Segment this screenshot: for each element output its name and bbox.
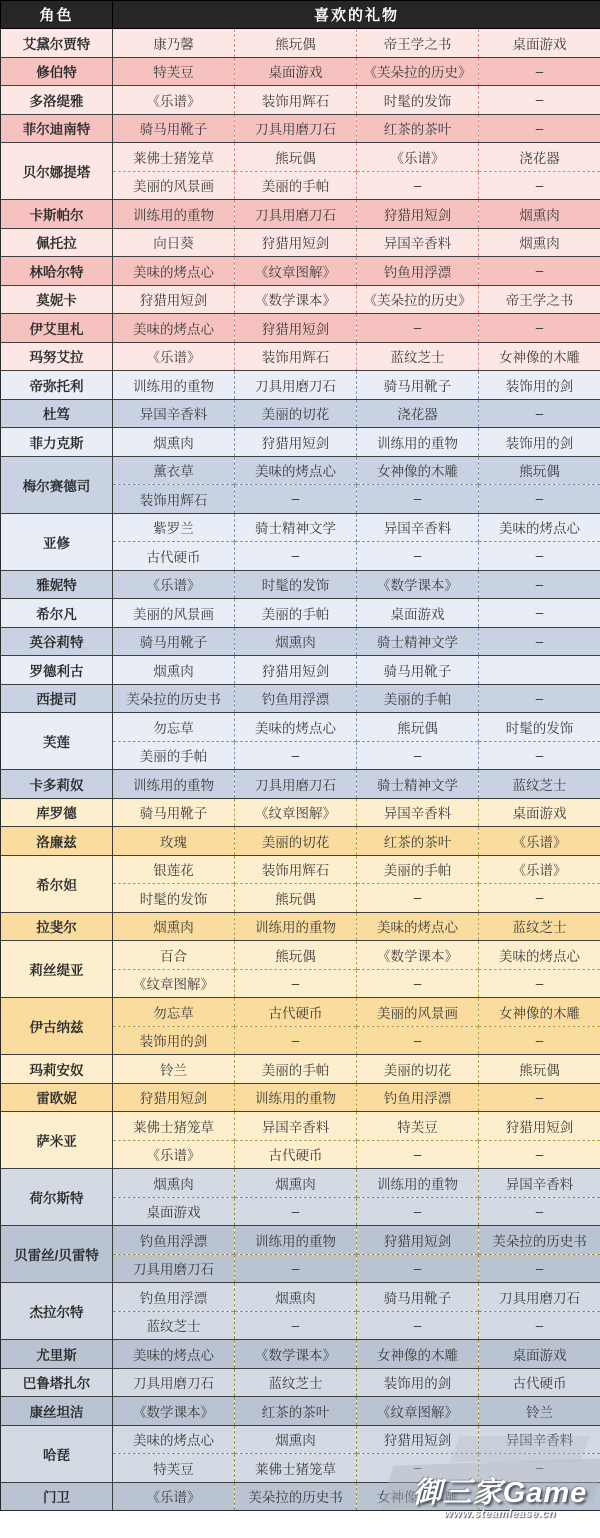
character-name-cell: 卡斯帕尔 bbox=[1, 200, 113, 229]
gift-cell: 特芙豆 bbox=[357, 1112, 479, 1141]
gift-cell: 时髦的发饰 bbox=[479, 713, 600, 742]
gift-cell: 熊玩偶 bbox=[235, 143, 357, 172]
gift-cell: 蓝纹芝士 bbox=[113, 1311, 235, 1340]
gift-cell: 烟熏肉 bbox=[479, 200, 600, 229]
gift-cell: 狩猎用短剑 bbox=[357, 200, 479, 229]
gift-cell: 异国辛香料 bbox=[113, 399, 235, 428]
gift-cell: 装饰用辉石 bbox=[113, 485, 235, 514]
gift-cell: – bbox=[235, 1311, 357, 1340]
character-row: 希尔凡美丽的风景画美丽的手帕桌面游戏– bbox=[1, 599, 600, 628]
gift-cell: 勿忘草 bbox=[113, 998, 235, 1027]
gift-cell: – bbox=[479, 399, 600, 428]
gift-cell: 特芙豆 bbox=[113, 1454, 235, 1483]
gift-cell: 狩猎用短剑 bbox=[235, 314, 357, 343]
character-name-cell: 莫妮卡 bbox=[1, 285, 113, 314]
gift-cell: 《纹章图解》 bbox=[235, 257, 357, 286]
gift-cell: 美丽的风景画 bbox=[113, 599, 235, 628]
gift-cell: 美丽的手帕 bbox=[357, 855, 479, 884]
character-name-cell: 萨米亚 bbox=[1, 1112, 113, 1169]
gift-cell: 烟熏肉 bbox=[235, 1169, 357, 1198]
character-name-cell: 亚修 bbox=[1, 513, 113, 570]
gift-cell: 骑马用靴子 bbox=[357, 371, 479, 400]
gift-cell: 蓝纹芝士 bbox=[235, 1368, 357, 1397]
gift-cell: 美味的烤点心 bbox=[113, 314, 235, 343]
character-name-cell: 伊古纳兹 bbox=[1, 998, 113, 1055]
character-name-cell: 拉斐尔 bbox=[1, 912, 113, 941]
gift-cell: – bbox=[479, 1254, 600, 1283]
gift-cell: 训练用的重物 bbox=[113, 200, 235, 229]
gift-cell: 桌面游戏 bbox=[479, 1340, 600, 1369]
gift-cell: – bbox=[479, 741, 600, 770]
gift-cell: – bbox=[357, 485, 479, 514]
gift-cell: 装饰用的剑 bbox=[357, 1368, 479, 1397]
gift-cell: 美丽的手帕 bbox=[235, 171, 357, 200]
gift-guide-page: 角色 喜欢的礼物 艾黛尔贾特康乃馨熊玩偶帝王学之书桌面游戏修伯特特芙豆桌面游戏《… bbox=[0, 0, 600, 1538]
character-row: 尤里斯美味的烤点心《数学课本》女神像的木雕桌面游戏 bbox=[1, 1340, 600, 1369]
gift-cell: 美丽的手帕 bbox=[235, 1055, 357, 1084]
character-row: 玛努艾拉《乐谱》装饰用辉石蓝纹芝士女神像的木雕 bbox=[1, 342, 600, 371]
gift-cell: 特芙豆 bbox=[113, 57, 235, 86]
gift-cell: 芙朵拉的历史书 bbox=[113, 684, 235, 713]
gift-cell: – bbox=[235, 969, 357, 998]
gift-cell: 美丽的手帕 bbox=[235, 599, 357, 628]
gift-cell: 桌面游戏 bbox=[235, 57, 357, 86]
character-row: 菲尔迪南特骑马用靴子刀具用磨刀石红茶的茶叶– bbox=[1, 114, 600, 143]
gift-cell: 莱佛士猪笼草 bbox=[113, 143, 235, 172]
gift-cell: 《数学课本》 bbox=[235, 1340, 357, 1369]
gift-cell: – bbox=[357, 1454, 479, 1483]
gift-cell: 美丽的切花 bbox=[357, 1055, 479, 1084]
character-row: 杰拉尔特钓鱼用浮漂烟熏肉骑马用靴子刀具用磨刀石 bbox=[1, 1283, 600, 1312]
character-row: 荷尔斯特烟熏肉烟熏肉训练用的重物异国辛香料 bbox=[1, 1169, 600, 1198]
gift-cell: 熊玩偶 bbox=[479, 456, 600, 485]
gift-cell: 桌面游戏 bbox=[479, 29, 600, 58]
gift-cell: 《乐谱》 bbox=[113, 1140, 235, 1169]
gift-cell: – bbox=[479, 570, 600, 599]
gift-cell: 银莲花 bbox=[113, 855, 235, 884]
gift-cell: – bbox=[235, 1197, 357, 1226]
gift-cell: – bbox=[479, 599, 600, 628]
gift-cell: – bbox=[479, 684, 600, 713]
gift-cell: 时髦的发饰 bbox=[113, 884, 235, 913]
character-name-cell: 卡多莉奴 bbox=[1, 770, 113, 799]
gift-cell: 装饰用的剑 bbox=[479, 428, 600, 457]
gift-cell: 玫瑰 bbox=[113, 827, 235, 856]
table-header-row: 角色 喜欢的礼物 bbox=[1, 1, 600, 29]
character-name-cell: 伊艾里札 bbox=[1, 314, 113, 343]
gift-cell: – bbox=[357, 741, 479, 770]
gift-cell: 帝王学之书 bbox=[479, 285, 600, 314]
gift-cell: – bbox=[235, 741, 357, 770]
character-row: 佩托拉向日葵狩猎用短剑异国辛香料烟熏肉 bbox=[1, 228, 600, 257]
gift-cell: 美丽的风景画 bbox=[357, 998, 479, 1027]
gift-cell: 古代硬币 bbox=[235, 998, 357, 1027]
gift-cell: 烟熏肉 bbox=[235, 1425, 357, 1454]
gift-cell: 向日葵 bbox=[113, 228, 235, 257]
gift-cell: 百合 bbox=[113, 941, 235, 970]
gift-cell: 芙朵拉的历史书 bbox=[235, 1482, 357, 1511]
character-row: 洛廉兹玫瑰美丽的切花红茶的茶叶《乐谱》 bbox=[1, 827, 600, 856]
gift-cell: 莱佛士猪笼草 bbox=[235, 1454, 357, 1483]
gift-cell: – bbox=[235, 1254, 357, 1283]
gift-cell: 红茶的茶叶 bbox=[235, 1397, 357, 1426]
gift-cell: 美味的烤点心 bbox=[357, 912, 479, 941]
character-name-cell: 梅尔赛德司 bbox=[1, 456, 113, 513]
gift-cell: 钓鱼用浮漂 bbox=[113, 1226, 235, 1255]
gift-cell: 红茶的茶叶 bbox=[357, 114, 479, 143]
gift-cell: – bbox=[357, 1254, 479, 1283]
gift-cell: 狩猎用短剑 bbox=[235, 428, 357, 457]
gift-cell: 美丽的手帕 bbox=[113, 741, 235, 770]
character-name-cell: 雷欧妮 bbox=[1, 1083, 113, 1112]
gift-cell: 装饰用的剑 bbox=[113, 1026, 235, 1055]
gift-cell: 《乐谱》 bbox=[113, 342, 235, 371]
gift-cell: – bbox=[357, 1026, 479, 1055]
gift-cell: 美味的烤点心 bbox=[235, 456, 357, 485]
character-name-cell: 佩托拉 bbox=[1, 228, 113, 257]
character-name-cell: 帝弥托利 bbox=[1, 371, 113, 400]
gift-cell: 《纹章图解》 bbox=[235, 798, 357, 827]
character-row: 艾黛尔贾特康乃馨熊玩偶帝王学之书桌面游戏 bbox=[1, 29, 600, 58]
gift-cell: 狩猎用短剑 bbox=[235, 228, 357, 257]
gift-cell: 骑士精神文学 bbox=[357, 627, 479, 656]
gift-cell: – bbox=[479, 1197, 600, 1226]
gift-cell: 钓鱼用浮漂 bbox=[113, 1283, 235, 1312]
gift-cell: 《数学课本》 bbox=[113, 1397, 235, 1426]
gift-cell: – bbox=[479, 1140, 600, 1169]
gift-cell: – bbox=[479, 314, 600, 343]
character-name-cell: 菲尔迪南特 bbox=[1, 114, 113, 143]
gift-cell: – bbox=[357, 1311, 479, 1340]
gift-cell: – bbox=[479, 542, 600, 571]
gift-cell: 美丽的风景画 bbox=[113, 171, 235, 200]
gift-cell: 美丽的切花 bbox=[235, 399, 357, 428]
gift-cell: 时髦的发饰 bbox=[357, 86, 479, 115]
character-row: 贝尔娜提塔莱佛士猪笼草熊玩偶《乐谱》浇花器 bbox=[1, 143, 600, 172]
character-row: 萨米亚莱佛士猪笼草异国辛香料特芙豆狩猎用短剑 bbox=[1, 1112, 600, 1141]
gift-cell: – bbox=[479, 884, 600, 913]
gift-cell: 钓鱼用浮漂 bbox=[235, 684, 357, 713]
character-name-cell: 玛莉安奴 bbox=[1, 1055, 113, 1084]
gift-cell bbox=[479, 656, 600, 685]
gift-cell: 刀具用磨刀石 bbox=[235, 770, 357, 799]
character-name-cell: 贝尔娜提塔 bbox=[1, 143, 113, 200]
gift-cell: 骑士精神文学 bbox=[235, 513, 357, 542]
character-row: 芙莲勿忘草美味的烤点心熊玩偶时髦的发饰 bbox=[1, 713, 600, 742]
gift-cell: 美丽的切花 bbox=[235, 827, 357, 856]
gift-cell: – bbox=[479, 1311, 600, 1340]
character-name-cell: 英谷莉特 bbox=[1, 627, 113, 656]
gift-cell: 女神像的木雕 bbox=[357, 1482, 479, 1511]
character-name-cell: 杰拉尔特 bbox=[1, 1283, 113, 1340]
character-name-cell: 尤里斯 bbox=[1, 1340, 113, 1369]
gift-cell: 异国辛香料 bbox=[357, 798, 479, 827]
gift-cell: 古代硬币 bbox=[235, 1140, 357, 1169]
gift-cell: 异国辛香料 bbox=[357, 228, 479, 257]
gift-cell: 装饰用辉石 bbox=[235, 342, 357, 371]
gift-cell: 古代硬币 bbox=[479, 1368, 600, 1397]
gift-cell: 浇花器 bbox=[357, 399, 479, 428]
character-row: 林哈尔特美味的烤点心《纹章图解》钓鱼用浮漂– bbox=[1, 257, 600, 286]
gift-cell: – bbox=[357, 969, 479, 998]
gift-cell: 铃兰 bbox=[113, 1055, 235, 1084]
gift-cell: 刀具用磨刀石 bbox=[113, 1254, 235, 1283]
gift-cell: 美味的烤点心 bbox=[113, 1340, 235, 1369]
header-gifts-column: 喜欢的礼物 bbox=[113, 1, 600, 29]
character-row: 雅妮特《乐谱》时髦的发饰《数学课本》– bbox=[1, 570, 600, 599]
gift-cell: 女神像的木雕 bbox=[479, 342, 600, 371]
character-row: 库罗德骑马用靴子《纹章图解》异国辛香料桌面游戏 bbox=[1, 798, 600, 827]
gift-cell: 训练用的重物 bbox=[113, 371, 235, 400]
gift-cell: 蓝纹芝士 bbox=[479, 770, 600, 799]
gift-cell: 《乐谱》 bbox=[479, 827, 600, 856]
gift-cell: 美味的烤点心 bbox=[479, 941, 600, 970]
character-row: 门卫《乐谱》芙朵拉的历史书女神像的木雕– bbox=[1, 1482, 600, 1511]
gift-cell: 骑士精神文学 bbox=[357, 770, 479, 799]
gift-cell: 骑马用靴子 bbox=[113, 114, 235, 143]
character-row: 帝弥托利训练用的重物刀具用磨刀石骑马用靴子装饰用的剑 bbox=[1, 371, 600, 400]
gift-cell: 狩猎用短剑 bbox=[113, 285, 235, 314]
gift-cell: 帝王学之书 bbox=[357, 29, 479, 58]
gift-cell: 《芙朵拉的历史》 bbox=[357, 57, 479, 86]
gift-cell: 铃兰 bbox=[479, 1397, 600, 1426]
gift-cell: 钓鱼用浮漂 bbox=[357, 257, 479, 286]
character-name-cell: 门卫 bbox=[1, 1482, 113, 1511]
gift-cell: 红茶的茶叶 bbox=[357, 827, 479, 856]
gift-cell: 刀具用磨刀石 bbox=[479, 1283, 600, 1312]
character-name-cell: 希尔妲 bbox=[1, 855, 113, 912]
character-row: 希尔妲银莲花装饰用辉石美丽的手帕《乐谱》 bbox=[1, 855, 600, 884]
header-character-column: 角色 bbox=[1, 1, 113, 29]
gift-cell: 装饰用辉石 bbox=[235, 855, 357, 884]
gift-cell: 烟熏肉 bbox=[113, 1169, 235, 1198]
character-row: 杜笃异国辛香料美丽的切花浇花器– bbox=[1, 399, 600, 428]
character-name-cell: 库罗德 bbox=[1, 798, 113, 827]
gift-cell: 熊玩偶 bbox=[357, 713, 479, 742]
character-row: 菲力克斯烟熏肉狩猎用短剑训练用的重物装饰用的剑 bbox=[1, 428, 600, 457]
gift-cell: 古代硬币 bbox=[113, 542, 235, 571]
gift-cell: 美味的烤点心 bbox=[479, 513, 600, 542]
character-name-cell: 林哈尔特 bbox=[1, 257, 113, 286]
gift-table: 角色 喜欢的礼物 艾黛尔贾特康乃馨熊玩偶帝王学之书桌面游戏修伯特特芙豆桌面游戏《… bbox=[0, 0, 600, 1511]
gift-cell: – bbox=[479, 57, 600, 86]
gift-cell: 时髦的发饰 bbox=[235, 570, 357, 599]
gift-table-body: 角色 喜欢的礼物 艾黛尔贾特康乃馨熊玩偶帝王学之书桌面游戏修伯特特芙豆桌面游戏《… bbox=[1, 1, 600, 1511]
gift-cell: 熊玩偶 bbox=[235, 941, 357, 970]
character-row: 亚修紫罗兰骑士精神文学异国辛香料美味的烤点心 bbox=[1, 513, 600, 542]
character-name-cell: 雅妮特 bbox=[1, 570, 113, 599]
character-row: 罗德利古烟熏肉狩猎用短剑骑马用靴子 bbox=[1, 656, 600, 685]
character-name-cell: 莉丝缇亚 bbox=[1, 941, 113, 998]
gift-cell: 《乐谱》 bbox=[113, 570, 235, 599]
gift-cell: – bbox=[479, 1083, 600, 1112]
gift-cell: 训练用的重物 bbox=[113, 770, 235, 799]
gift-cell: 训练用的重物 bbox=[357, 1169, 479, 1198]
gift-cell: 《数学课本》 bbox=[235, 285, 357, 314]
character-name-cell: 罗德利古 bbox=[1, 656, 113, 685]
character-row: 伊古纳兹勿忘草古代硬币美丽的风景画女神像的木雕 bbox=[1, 998, 600, 1027]
character-row: 莉丝缇亚百合熊玩偶《数学课本》美味的烤点心 bbox=[1, 941, 600, 970]
gift-cell: – bbox=[479, 1482, 600, 1511]
gift-cell: 异国辛香料 bbox=[235, 1112, 357, 1141]
character-name-cell: 艾黛尔贾特 bbox=[1, 29, 113, 58]
character-row: 卡斯帕尔训练用的重物刀具用磨刀石狩猎用短剑烟熏肉 bbox=[1, 200, 600, 229]
gift-cell: 莱佛士猪笼草 bbox=[113, 1112, 235, 1141]
gift-cell: 桌面游戏 bbox=[113, 1197, 235, 1226]
gift-cell: 钓鱼用浮漂 bbox=[357, 1083, 479, 1112]
gift-cell: 装饰用辉石 bbox=[235, 86, 357, 115]
gift-cell: 狩猎用短剑 bbox=[113, 1083, 235, 1112]
gift-cell: 刀具用磨刀石 bbox=[235, 371, 357, 400]
character-row: 哈琵美味的烤点心烟熏肉狩猎用短剑异国辛香料 bbox=[1, 1425, 600, 1454]
gift-cell: – bbox=[479, 627, 600, 656]
gift-cell: 骑马用靴子 bbox=[357, 1283, 479, 1312]
character-name-cell: 洛廉兹 bbox=[1, 827, 113, 856]
gift-cell: 芙朵拉的历史书 bbox=[479, 1226, 600, 1255]
gift-cell: 烟熏肉 bbox=[479, 228, 600, 257]
gift-cell: 美味的烤点心 bbox=[113, 257, 235, 286]
character-row: 康丝坦洁《数学课本》红茶的茶叶《纹章图解》铃兰 bbox=[1, 1397, 600, 1426]
character-row: 莫妮卡狩猎用短剑《数学课本》《芙朵拉的历史》帝王学之书 bbox=[1, 285, 600, 314]
gift-cell: 蓝纹芝士 bbox=[479, 912, 600, 941]
gift-cell: 勿忘草 bbox=[113, 713, 235, 742]
gift-cell: 《数学课本》 bbox=[357, 941, 479, 970]
character-row: 梅尔赛德司薰衣草美味的烤点心女神像的木雕熊玩偶 bbox=[1, 456, 600, 485]
gift-cell: 《乐谱》 bbox=[357, 143, 479, 172]
gift-cell: 美味的烤点心 bbox=[113, 1425, 235, 1454]
character-name-cell: 西提司 bbox=[1, 684, 113, 713]
gift-cell: – bbox=[235, 1026, 357, 1055]
character-row: 西提司芙朵拉的历史书钓鱼用浮漂美丽的手帕– bbox=[1, 684, 600, 713]
gift-cell: 蓝纹芝士 bbox=[357, 342, 479, 371]
gift-cell: 《数学课本》 bbox=[357, 570, 479, 599]
gift-cell: 烟熏肉 bbox=[113, 912, 235, 941]
character-name-cell: 康丝坦洁 bbox=[1, 1397, 113, 1426]
gift-cell: 训练用的重物 bbox=[357, 428, 479, 457]
character-name-cell: 荷尔斯特 bbox=[1, 1169, 113, 1226]
gift-cell: 美丽的手帕 bbox=[357, 684, 479, 713]
gift-cell: 女神像的木雕 bbox=[357, 456, 479, 485]
gift-cell: 浇花器 bbox=[479, 143, 600, 172]
character-name-cell: 玛努艾拉 bbox=[1, 342, 113, 371]
gift-cell: 骑马用靴子 bbox=[357, 656, 479, 685]
gift-cell: 女神像的木雕 bbox=[479, 998, 600, 1027]
gift-cell: 训练用的重物 bbox=[235, 912, 357, 941]
gift-cell: 女神像的木雕 bbox=[357, 1340, 479, 1369]
gift-cell: – bbox=[235, 485, 357, 514]
gift-cell: 桌面游戏 bbox=[357, 599, 479, 628]
gift-cell: 熊玩偶 bbox=[235, 884, 357, 913]
character-row: 雷欧妮狩猎用短剑训练用的重物钓鱼用浮漂– bbox=[1, 1083, 600, 1112]
gift-cell: – bbox=[357, 542, 479, 571]
character-name-cell: 菲力克斯 bbox=[1, 428, 113, 457]
character-row: 贝雷丝/贝雷特钓鱼用浮漂训练用的重物狩猎用短剑芙朵拉的历史书 bbox=[1, 1226, 600, 1255]
gift-cell: 烟熏肉 bbox=[113, 656, 235, 685]
gift-cell: 骑马用靴子 bbox=[113, 627, 235, 656]
character-name-cell: 贝雷丝/贝雷特 bbox=[1, 1226, 113, 1283]
gift-cell: 紫罗兰 bbox=[113, 513, 235, 542]
gift-cell: – bbox=[357, 1197, 479, 1226]
gift-cell: 训练用的重物 bbox=[235, 1226, 357, 1255]
gift-cell: 康乃馨 bbox=[113, 29, 235, 58]
gift-cell: 薰衣草 bbox=[113, 456, 235, 485]
gift-cell: 训练用的重物 bbox=[235, 1083, 357, 1112]
gift-cell: 烟熏肉 bbox=[235, 1283, 357, 1312]
character-row: 巴鲁塔扎尔刀具用磨刀石蓝纹芝士装饰用的剑古代硬币 bbox=[1, 1368, 600, 1397]
gift-cell: 异国辛香料 bbox=[357, 513, 479, 542]
character-name-cell: 芙莲 bbox=[1, 713, 113, 770]
character-name-cell: 巴鲁塔扎尔 bbox=[1, 1368, 113, 1397]
gift-cell: – bbox=[479, 485, 600, 514]
character-name-cell: 修伯特 bbox=[1, 57, 113, 86]
gift-cell: 熊玩偶 bbox=[235, 29, 357, 58]
character-row: 卡多莉奴训练用的重物刀具用磨刀石骑士精神文学蓝纹芝士 bbox=[1, 770, 600, 799]
character-name-cell: 哈琵 bbox=[1, 1425, 113, 1482]
gift-cell: 骑马用靴子 bbox=[113, 798, 235, 827]
gift-cell: 狩猎用短剑 bbox=[235, 656, 357, 685]
gift-cell: 异国辛香料 bbox=[479, 1169, 600, 1198]
gift-cell: 烟熏肉 bbox=[235, 627, 357, 656]
gift-cell: 狩猎用短剑 bbox=[357, 1425, 479, 1454]
gift-cell: 美味的烤点心 bbox=[235, 713, 357, 742]
gift-cell: 狩猎用短剑 bbox=[479, 1112, 600, 1141]
gift-cell: 刀具用磨刀石 bbox=[113, 1368, 235, 1397]
gift-cell: 熊玩偶 bbox=[479, 1055, 600, 1084]
gift-cell: – bbox=[357, 1140, 479, 1169]
gift-cell: – bbox=[479, 257, 600, 286]
gift-cell: 异国辛香料 bbox=[479, 1425, 600, 1454]
character-row: 修伯特特芙豆桌面游戏《芙朵拉的历史》– bbox=[1, 57, 600, 86]
gift-cell: – bbox=[357, 314, 479, 343]
character-row: 玛莉安奴铃兰美丽的手帕美丽的切花熊玩偶 bbox=[1, 1055, 600, 1084]
character-name-cell: 多洛缇雅 bbox=[1, 86, 113, 115]
gift-cell: – bbox=[479, 171, 600, 200]
gift-cell: 《乐谱》 bbox=[479, 855, 600, 884]
character-name-cell: 希尔凡 bbox=[1, 599, 113, 628]
gift-cell: – bbox=[479, 969, 600, 998]
gift-cell: 《乐谱》 bbox=[113, 86, 235, 115]
character-row: 多洛缇雅《乐谱》装饰用辉石时髦的发饰– bbox=[1, 86, 600, 115]
gift-cell: – bbox=[357, 171, 479, 200]
gift-cell: 《芙朵拉的历史》 bbox=[357, 285, 479, 314]
gift-cell: – bbox=[235, 542, 357, 571]
gift-cell: 《乐谱》 bbox=[113, 1482, 235, 1511]
gift-cell: 刀具用磨刀石 bbox=[235, 200, 357, 229]
gift-cell: 桌面游戏 bbox=[479, 798, 600, 827]
character-row: 伊艾里札美味的烤点心狩猎用短剑–– bbox=[1, 314, 600, 343]
gift-cell: 《纹章图解》 bbox=[357, 1397, 479, 1426]
gift-cell: 狩猎用短剑 bbox=[357, 1226, 479, 1255]
gift-cell: – bbox=[479, 86, 600, 115]
gift-cell: – bbox=[479, 1026, 600, 1055]
gift-cell: – bbox=[357, 884, 479, 913]
character-name-cell: 杜笃 bbox=[1, 399, 113, 428]
gift-cell: 刀具用磨刀石 bbox=[235, 114, 357, 143]
character-row: 拉斐尔烟熏肉训练用的重物美味的烤点心蓝纹芝士 bbox=[1, 912, 600, 941]
gift-cell: 装饰用的剑 bbox=[479, 371, 600, 400]
character-row: 英谷莉特骑马用靴子烟熏肉骑士精神文学– bbox=[1, 627, 600, 656]
gift-cell: – bbox=[479, 1454, 600, 1483]
gift-cell: 《纹章图解》 bbox=[113, 969, 235, 998]
gift-cell: – bbox=[479, 114, 600, 143]
gift-cell: 烟熏肉 bbox=[113, 428, 235, 457]
